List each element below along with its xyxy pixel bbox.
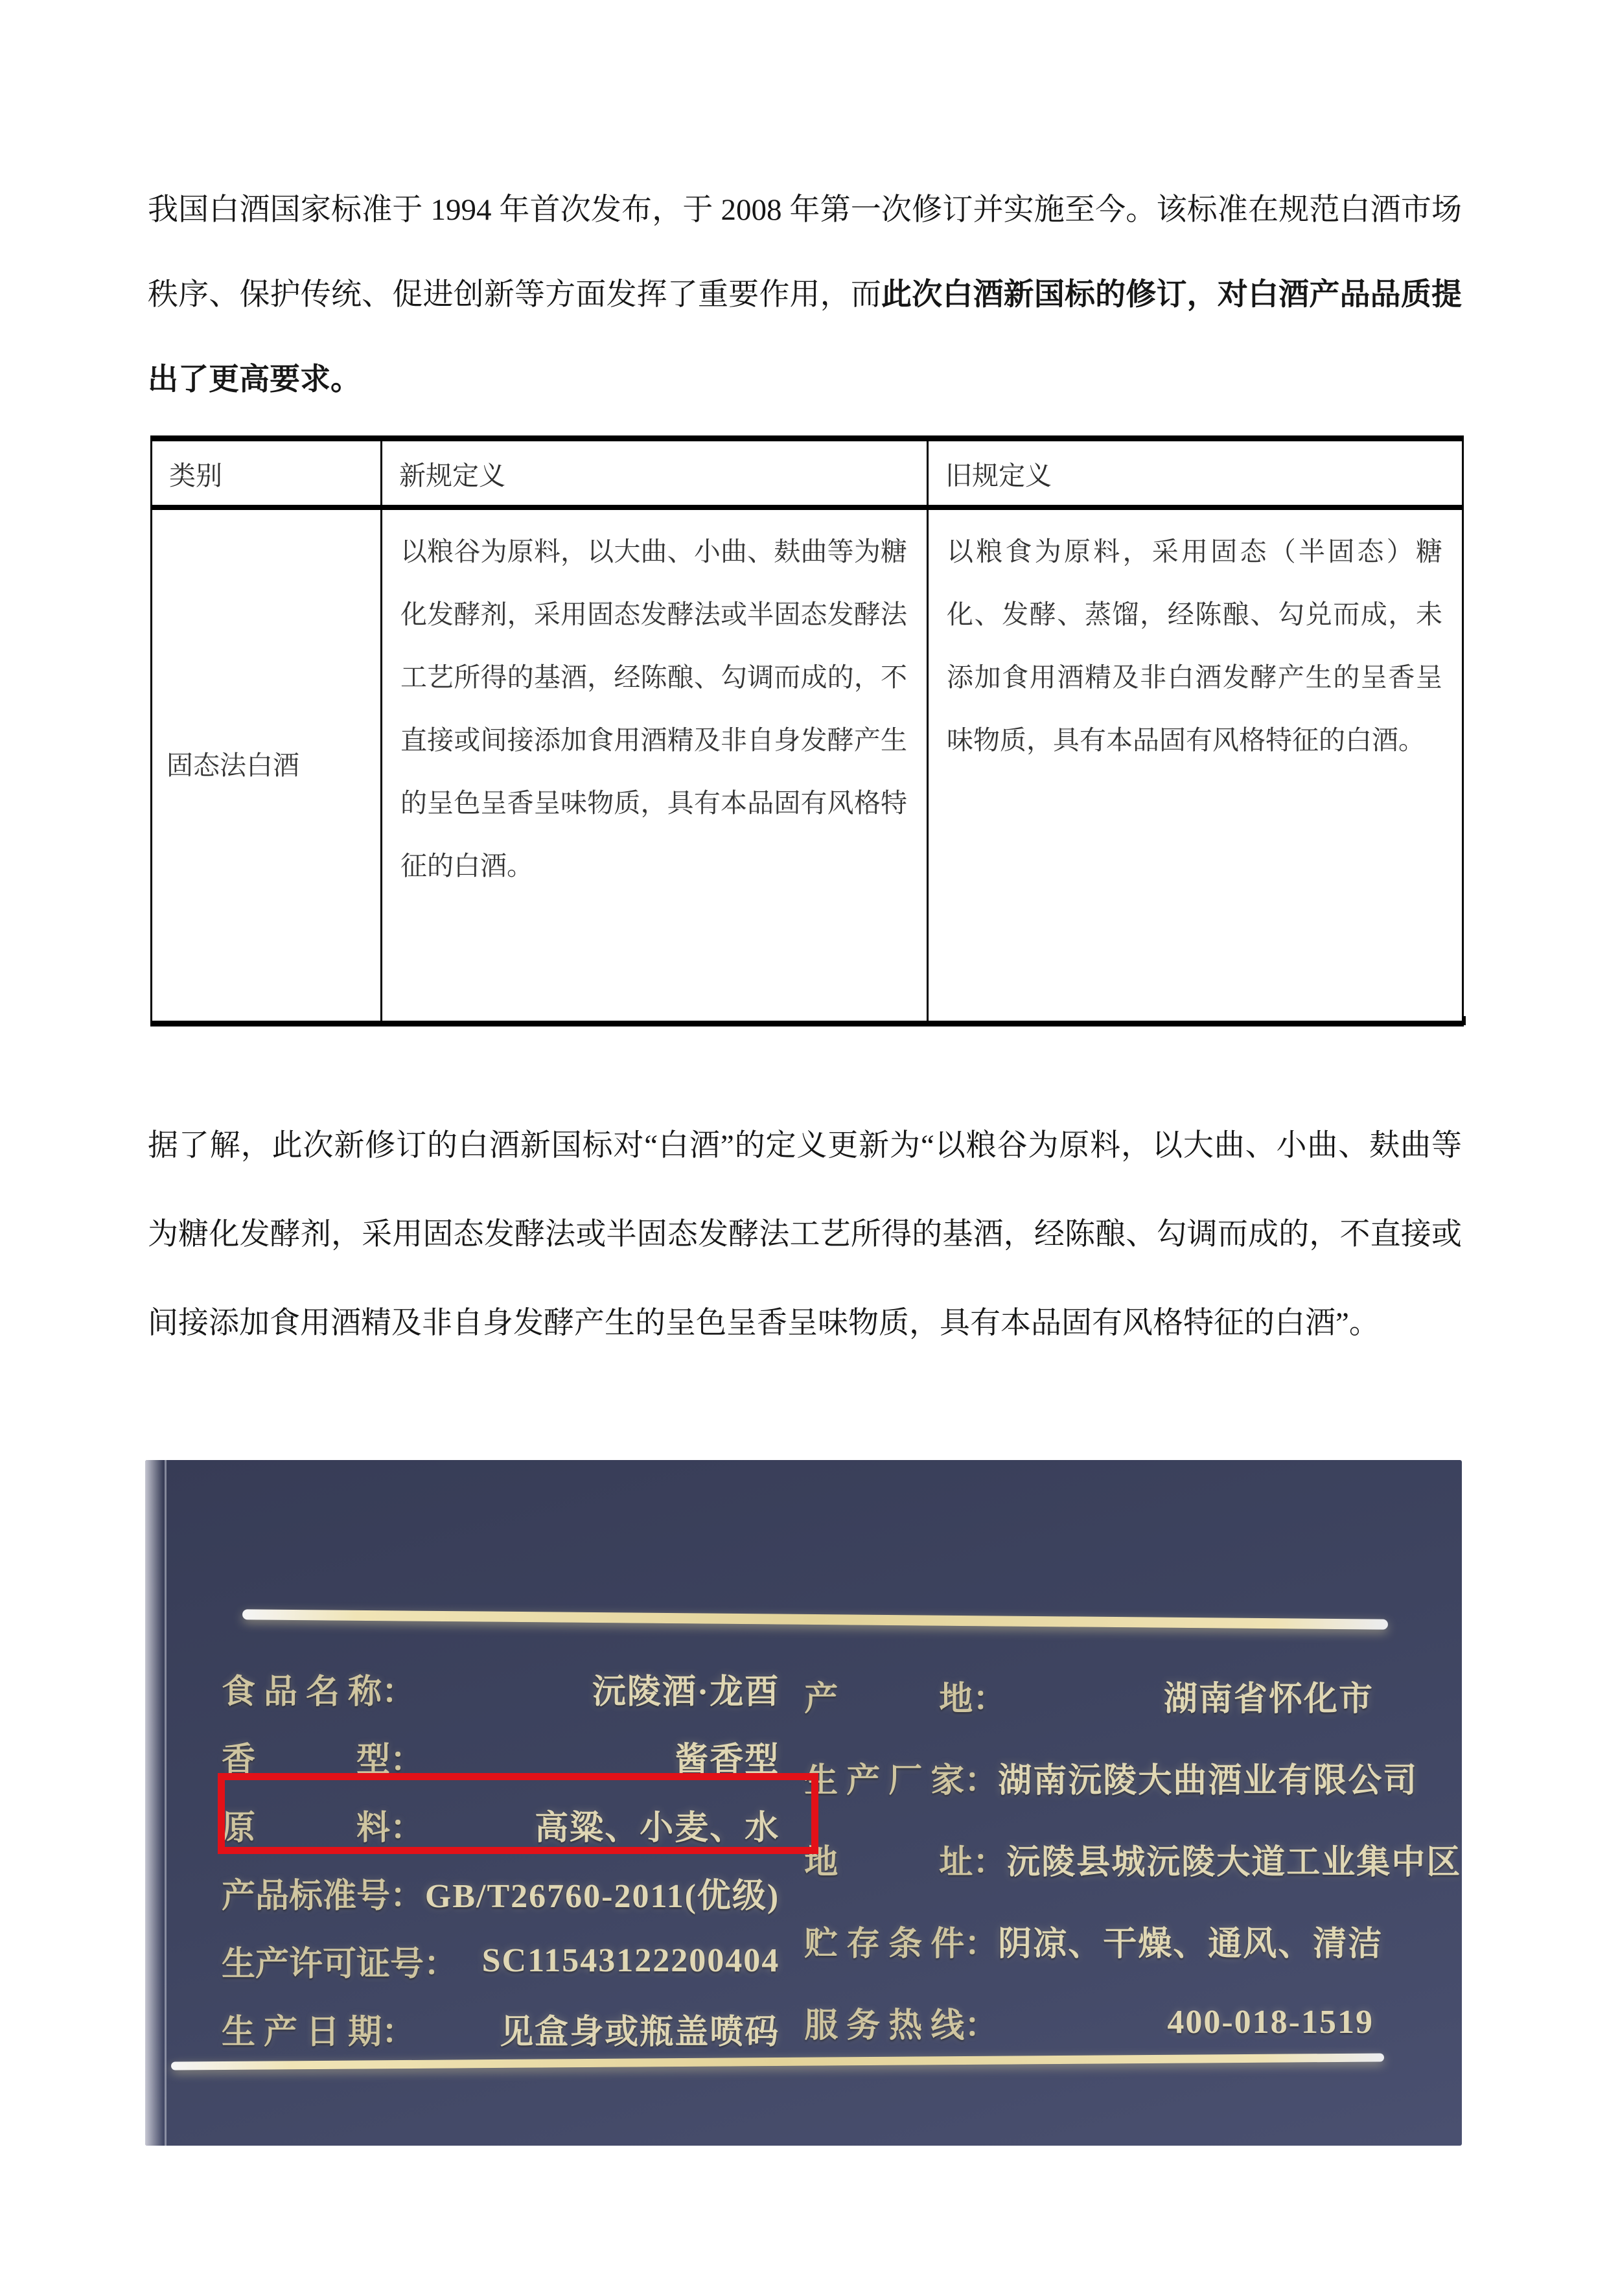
label-value: GB/T26760-2011(优级) [425,1868,780,1917]
label-row-license-number: 生产许可证号： SC11543122200404 [222,1927,786,1995]
label-value: 阴凉、干燥、通风、清洁 [998,1916,1383,1965]
label-text-grid: 食 品 名 称： 沅陵酒·龙酉 香 型： 酱香型 原 料： 高粱、小麦、水 产品… [222,1654,1374,2063]
table-header-row: 类别 新规定义 旧规定义 [152,439,1463,508]
header-category: 类别 [152,439,382,508]
label-value: SC11543122200404 [482,1942,780,1980]
label-value: 见盒身或瓶盖喷码 [500,2004,780,2053]
label-key: 服 务 热 线： [804,1998,998,2047]
label-key: 食 品 名 称： [222,1664,415,1713]
label-value: 沅陵县城沅陵大道工业集中区 [1006,1835,1461,1883]
label-row-manufacturer: 生 产 厂 家： 湖南沅陵大曲酒业有限公司 [786,1736,1374,1818]
label-value: 湖南沅陵大曲酒业有限公司 [998,1753,1418,1802]
label-key: 地 址： [804,1835,1006,1883]
label-key: 生产许可证号： [222,1936,457,1985]
table-cutoff-divider [927,1016,929,1025]
header-new-definition: 新规定义 [382,439,928,508]
gold-divider-top [242,1609,1388,1629]
body-paragraph: 据了解，此次新修订的白酒新国标对“白酒”的定义更新为“以粮谷为原料，以大曲、小曲… [148,1102,1462,1368]
cell-new-definition: 以粮谷为原料，以大曲、小曲、麸曲等为糖化发酵剂，采用固态发酵法或半固态发酵法工艺… [382,507,928,1024]
label-key: 生 产 日 期： [222,2004,415,2053]
label-value: 沅陵酒·龙酉 [592,1664,780,1713]
cell-category: 固态法白酒 [152,507,382,1024]
table-cutoff-row [150,1016,1466,1025]
photo-scan-edge [145,1460,163,2146]
label-key: 产 地： [804,1671,1006,1720]
label-row-production-date: 生 产 日 期： 见盒身或瓶盖喷码 [222,1995,786,2063]
ingredients-highlight-box [218,1773,818,1854]
label-value: 400-018-1519 [1167,2003,1374,2041]
header-old-definition: 旧规定义 [928,439,1463,508]
label-row-storage-conditions: 贮 存 条 件： 阴凉、干燥、通风、清洁 [786,1899,1374,1981]
document-page: { "document": { "intro": { "text_regular… [0,0,1607,2296]
cell-old-definition: 以粮食为原料，采用固态（半固态）糖化、发酵、蒸馏，经陈酿、勾兑而成，未添加食用酒… [928,507,1463,1024]
label-row-product-standard: 产品标准号： GB/T26760-2011(优级) [222,1859,786,1927]
label-right-column: 产 地： 湖南省怀化市 生 产 厂 家： 湖南沅陵大曲酒业有限公司 地 址： 沅… [786,1654,1374,2063]
label-row-service-hotline: 服 务 热 线： 400-018-1519 [786,1981,1374,2063]
definition-comparison-table: 类别 新规定义 旧规定义 固态法白酒 以粮谷为原料，以大曲、小曲、麸曲等为糖化发… [150,435,1464,1026]
intro-paragraph: 我国白酒国家标准于 1994 年首次发布，于 2008 年第一次修订并实施至今。… [148,168,1462,423]
table-cutoff-divider [380,1016,382,1025]
label-value: 湖南省怀化市 [1164,1671,1374,1720]
label-key: 贮 存 条 件： [804,1916,998,1965]
table-row: 固态法白酒 以粮谷为原料，以大曲、小曲、麸曲等为糖化发酵剂，采用固态发酵法或半固… [152,507,1463,1024]
product-label-photo: 食 品 名 称： 沅陵酒·龙酉 香 型： 酱香型 原 料： 高粱、小麦、水 产品… [145,1460,1462,2146]
label-key: 产品标准号： [222,1868,424,1917]
label-row-address: 地 址： 沅陵县城沅陵大道工业集中区 [786,1818,1374,1899]
label-key: 生 产 厂 家： [804,1753,998,1802]
label-left-column: 食 品 名 称： 沅陵酒·龙酉 香 型： 酱香型 原 料： 高粱、小麦、水 产品… [222,1654,786,2063]
photo-scratch-line [165,1460,167,2146]
label-row-origin: 产 地： 湖南省怀化市 [786,1654,1374,1736]
label-row-food-name: 食 品 名 称： 沅陵酒·龙酉 [222,1654,786,1722]
